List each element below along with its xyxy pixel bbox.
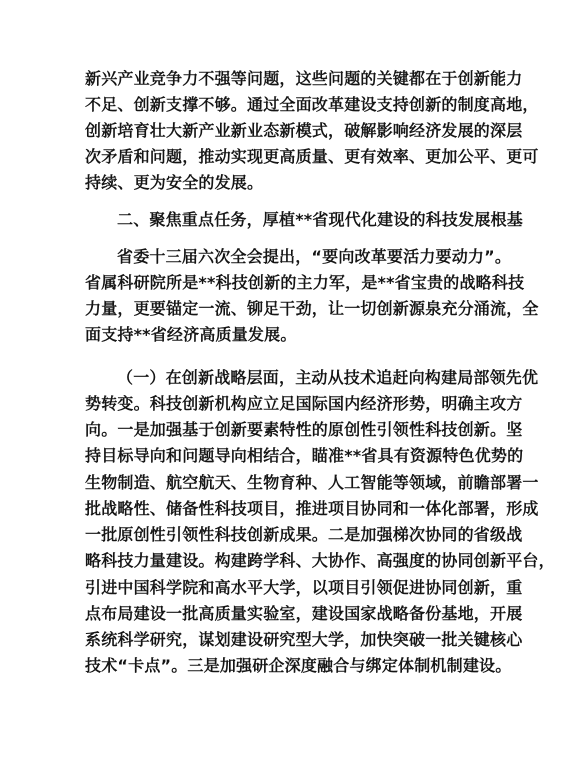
text-line: （一）在创新战略层面，主动从技术追赶向构建局部领先优 [117, 368, 538, 388]
text-line: 省属科研院所是**科技创新的主力军，是**省宝贵的战略科技 [85, 273, 524, 293]
text-line: 创新培育壮大新产业新业态新模式，破解影响经济发展的深层 [85, 121, 522, 141]
text-line: 面支持**省经济高质量发展。 [85, 325, 297, 345]
text-line: 省委十三届六次全会提出，“要向改革要活力要动力”。 [117, 247, 511, 267]
text-line: 持续、更为安全的发展。 [85, 173, 263, 193]
text-line: 生物制造、航空航天、生物育种、人工智能等领域，前瞻部署一 [85, 473, 539, 493]
text-line: 点布局建设一批高质量实验室，建设国家战略备份基地，开展 [85, 604, 522, 624]
text-line: 势转变。科技创新机构应立足国际国内经济形势，明确主攻方 [85, 394, 522, 414]
section-two-title: 二、聚焦重点任务，厚植**省现代化建设的科技发展根基 [117, 210, 523, 230]
text-line: 不足、创新支撑不够。通过全面改革建设支持创新的制度高地， [85, 95, 539, 115]
text-line: 系统科学研究，谋划建设研究型大学，加快突破一批关键核心 [85, 630, 522, 650]
text-line: 批战略性、储备性科技项目，推进项目协同和一体化部署，形成 [85, 499, 539, 519]
text-line: 引进中国科学院和高水平大学，以项目引领促进协同创新，重 [85, 578, 522, 598]
text-line: 一批原创性引领性科技创新成果。二是加强梯次协同的省级战 [85, 525, 522, 545]
text-line: 向。一是加强基于创新要素特性的原创性引领性科技创新。坚 [85, 420, 522, 440]
text-line: 持目标导向和问题导向相结合，瞄准**省具有资源特色优势的 [85, 446, 523, 466]
text-line: 次矛盾和问题，推动实现更高质量、更有效率、更加公平、更可 [85, 147, 539, 167]
text-line: 技术“卡点”。三是加强研企深度融合与绑定体制机制建设。 [85, 656, 511, 676]
text-line: 新兴产业竞争力不强等问题，这些问题的关键都在于创新能力 [85, 69, 522, 89]
text-line: 力量，更要锚定一流、铆足干劲，让一切创新源泉充分涌流，全 [85, 299, 539, 319]
text-line: 略科技力量建设。构建跨学科、大协作、高强度的协同创新平台， [85, 551, 555, 571]
